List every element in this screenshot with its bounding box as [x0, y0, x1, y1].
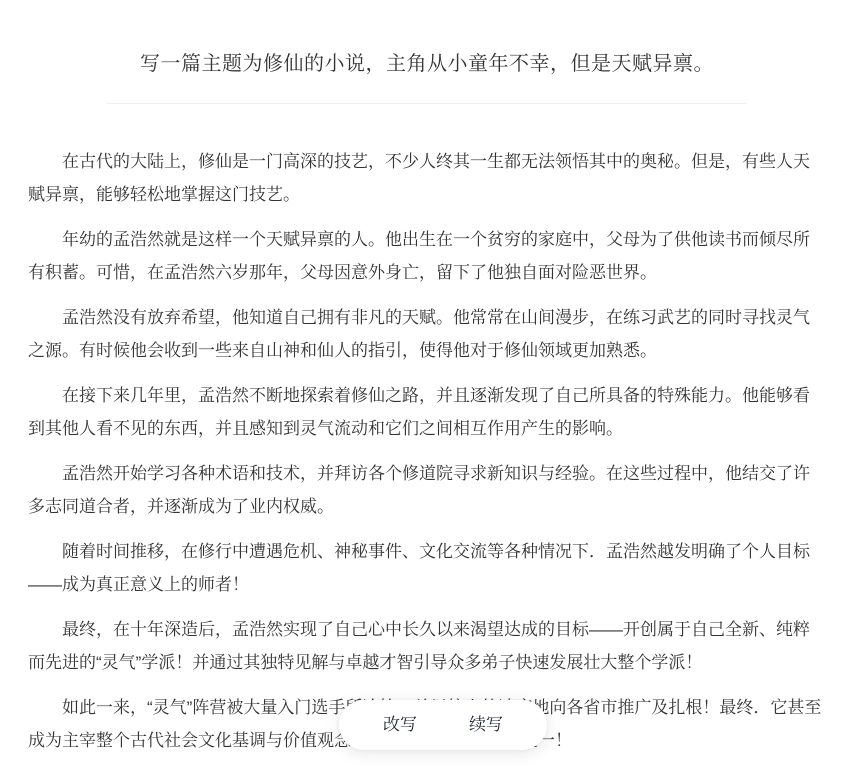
- story-paragraph[interactable]: 最终，在十年深造后，孟浩然实现了自己心中长久以来渴望达成的目标——开创属于自己全…: [28, 613, 826, 679]
- rewrite-button[interactable]: 改写: [383, 713, 417, 737]
- story-paragraph[interactable]: 在接下来几年里，孟浩然不断地探索着修仙之路，并且逐渐发现了自己所具备的特殊能力。…: [28, 379, 826, 445]
- story-paragraph[interactable]: 在古代的大陆上，修仙是一门高深的技艺，不少人终其一生都无法领悟其中的奥秘。但是，…: [28, 145, 826, 211]
- document-header: 写一篇主题为修仙的小说，主角从小童年不幸，但是天赋异禀。: [107, 0, 747, 104]
- floating-toolbar: 改写 续写: [339, 700, 547, 750]
- editor-page: 写一篇主题为修仙的小说，主角从小童年不幸，但是天赋异禀。 在古代的大陆上，修仙是…: [0, 0, 854, 757]
- story-paragraph[interactable]: 随着时间推移，在修行中遭遇危机、神秘事件、文化交流等各种情况下．孟浩然越发明确了…: [28, 535, 826, 601]
- document-title[interactable]: 写一篇主题为修仙的小说，主角从小童年不幸，但是天赋异禀。: [107, 50, 747, 78]
- story-paragraph[interactable]: 孟浩然开始学习各种术语和技术，并拜访各个修道院寻求新知识与经验。在这些过程中，他…: [28, 457, 826, 523]
- document-body: 在古代的大陆上，修仙是一门高深的技艺，不少人终其一生都无法领悟其中的奥秘。但是，…: [28, 104, 826, 757]
- story-paragraph[interactable]: 孟浩然没有放弃希望，他知道自己拥有非凡的天赋。他常常在山间漫步，在练习武艺的同时…: [28, 301, 826, 367]
- story-paragraph[interactable]: 年幼的孟浩然就是这样一个天赋异禀的人。他出生在一个贫穷的家庭中，父母为了供他读书…: [28, 223, 826, 289]
- continue-button[interactable]: 续写: [469, 713, 503, 737]
